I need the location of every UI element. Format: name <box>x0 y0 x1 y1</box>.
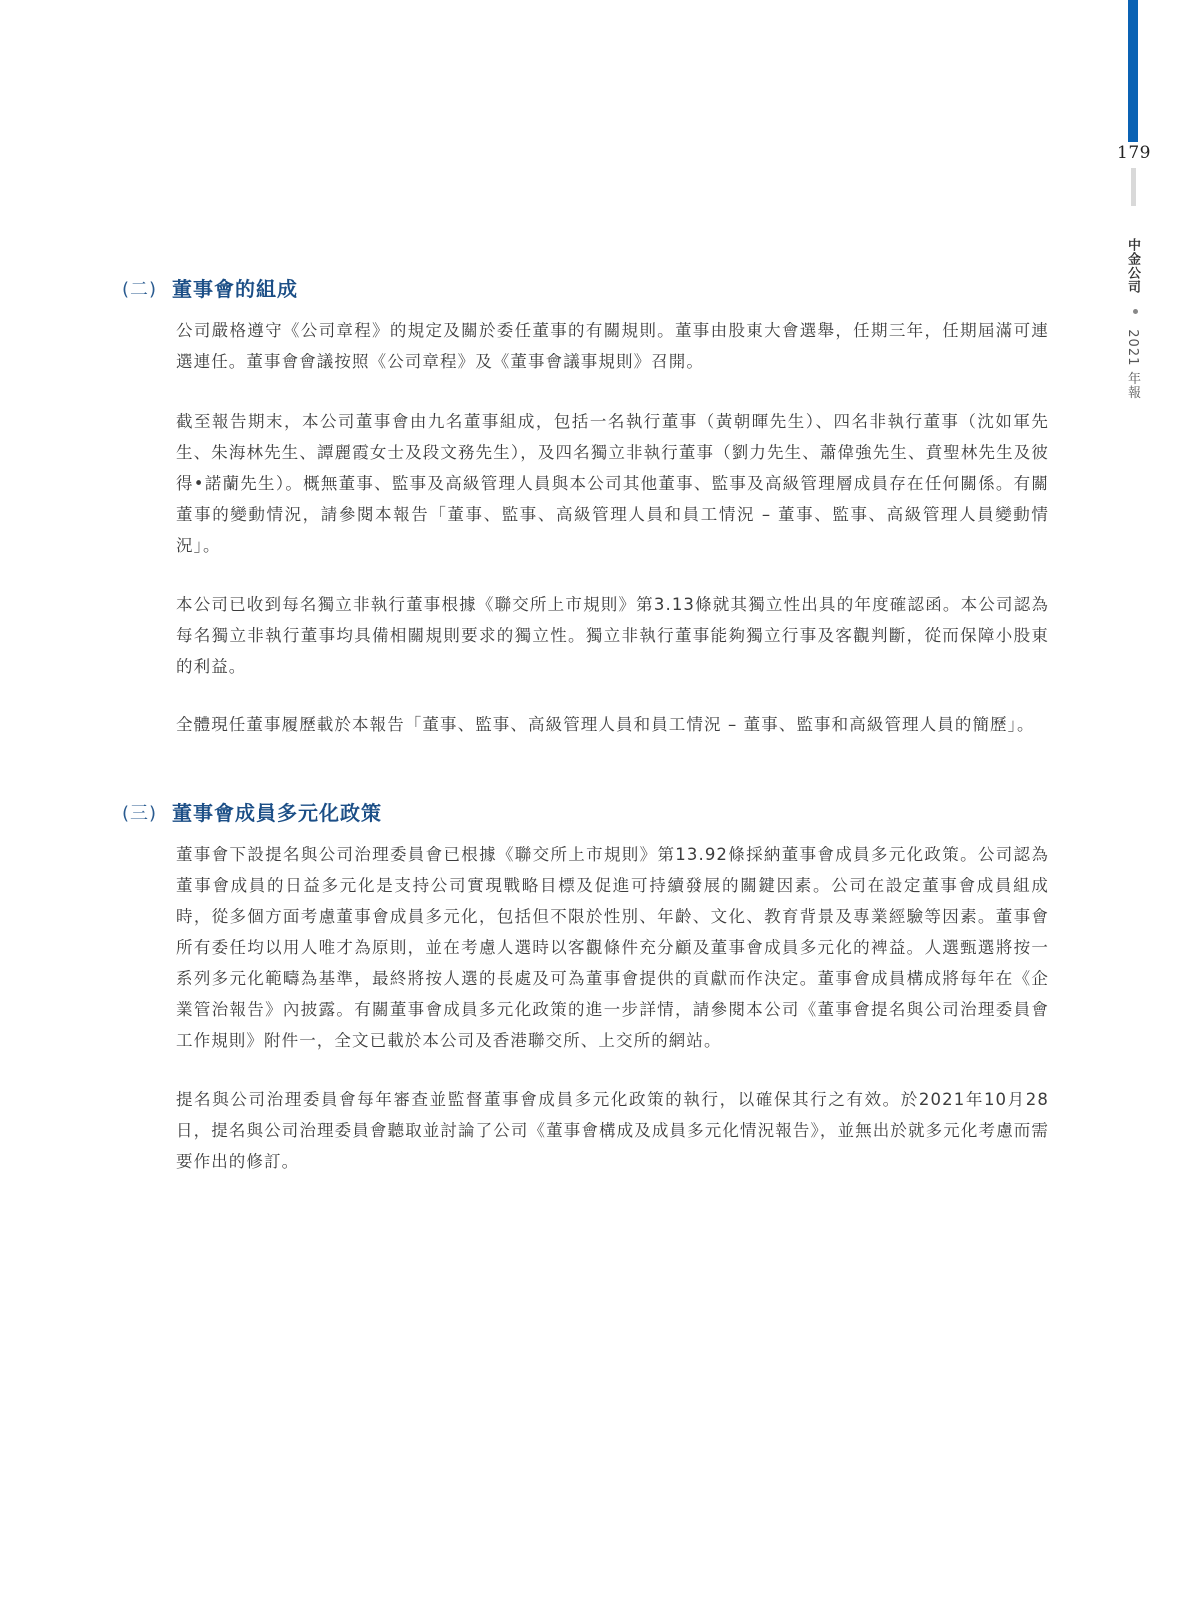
paragraph: 提名與公司治理委員會每年審查並監督董事會成員多元化政策的執行，以確保其行之有效。… <box>176 1084 1049 1177</box>
accent-bar <box>1128 0 1138 142</box>
section-title: 董事會成員多元化政策 <box>172 797 382 826</box>
paragraph: 全體現任董事履歷載於本報告「董事、監事、高級管理人員和員工情況 – 董事、監事和… <box>176 709 1049 740</box>
section-number: (二) <box>122 275 172 301</box>
section-title: 董事會的組成 <box>172 273 298 302</box>
section-heading-board-composition: (二) 董事會的組成 <box>122 273 298 302</box>
company-name: 中金公司 <box>1125 238 1140 294</box>
paragraph: 公司嚴格遵守《公司章程》的規定及關於委任董事的有關規則。董事由股東大會選舉，任期… <box>176 315 1049 377</box>
page-number: 179 <box>1112 143 1156 163</box>
separator-dot-icon <box>1133 309 1138 314</box>
report-year: 2021 年報 <box>1125 329 1140 399</box>
divider-bar <box>1131 168 1136 206</box>
section-heading-diversity-policy: (三) 董事會成員多元化政策 <box>122 797 382 826</box>
paragraph: 本公司已收到每名獨立非執行董事根據《聯交所上市規則》第3.13條就其獨立性出具的… <box>176 589 1049 682</box>
paragraph: 董事會下設提名與公司治理委員會已根據《聯交所上市規則》第13.92條採納董事會成… <box>176 839 1049 1056</box>
paragraph: 截至報告期末，本公司董事會由九名董事組成，包括一名執行董事（黃朝暉先生）、四名非… <box>176 406 1049 561</box>
section-number: (三) <box>122 799 172 825</box>
running-header: 中金公司 2021 年報 <box>1122 238 1142 400</box>
